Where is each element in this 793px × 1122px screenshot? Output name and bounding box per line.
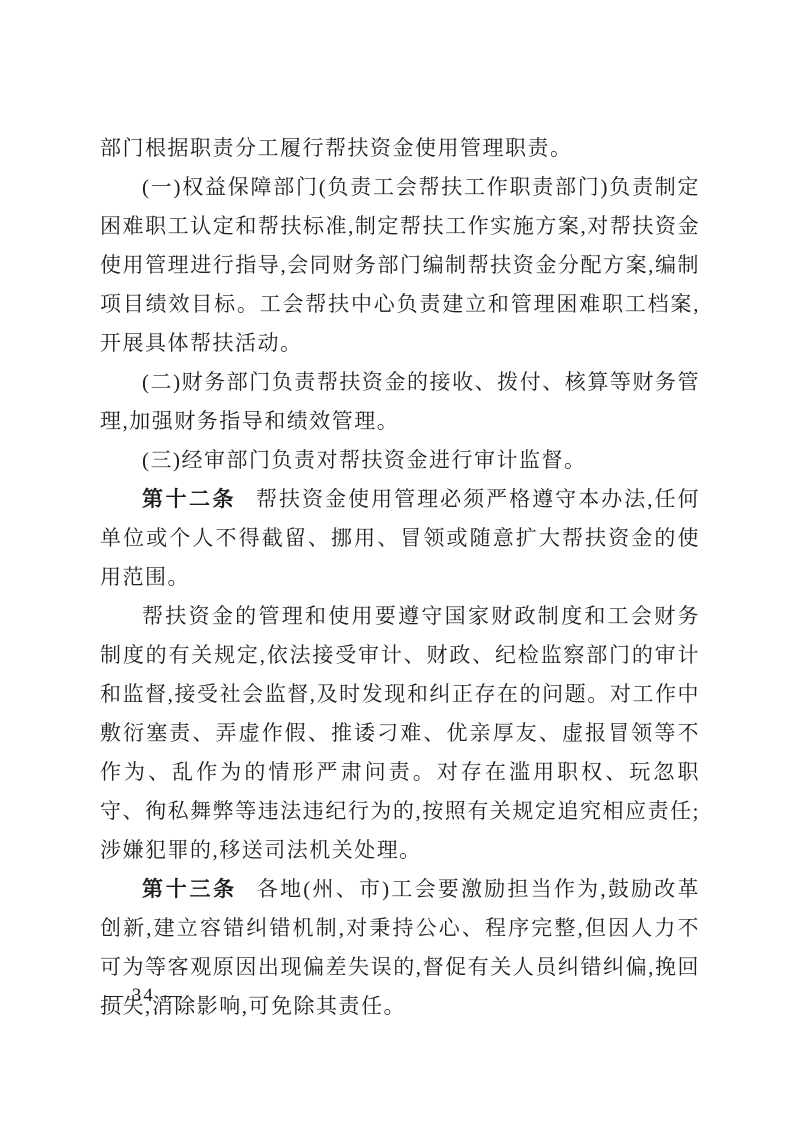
article-12-heading: 第十二条	[142, 488, 236, 511]
document-page: 部门根据职责分工履行帮扶资金使用管理职责。 (一)权益保障部门(负责工会帮扶工作…	[0, 0, 793, 1122]
paragraph-article-12-cont: 帮扶资金的管理和使用要遵守国家财政制度和工会财务制度的有关规定,依法接受审计、财…	[100, 597, 700, 870]
paragraph-continuation: 部门根据职责分工履行帮扶资金使用管理职责。	[100, 129, 700, 168]
paragraph-item-2: (二)财务部门负责帮扶资金的接收、拨付、核算等财务管理,加强财务指导和绩效管理。	[100, 363, 700, 441]
article-13-heading: 第十三条	[142, 878, 237, 901]
paragraph-text: (二)财务部门负责帮扶资金的接收、拨付、核算等财务管理,加强财务指导和绩效管理。	[100, 370, 700, 433]
paragraph-item-1: (一)权益保障部门(负责工会帮扶工作职责部门)负责制定困难职工认定和帮扶标准,制…	[100, 168, 700, 363]
paragraph-article-13: 第十三条各地(州、市)工会要激励担当作为,鼓励改革创新,建立容错纠错机制,对秉持…	[100, 870, 700, 1026]
paragraph-text: (三)经审部门负责对帮扶资金进行审计监督。	[142, 448, 587, 472]
page-number: — 34 —	[104, 985, 183, 1007]
paragraph-article-12: 第十二条帮扶资金使用管理必须严格遵守本办法,任何单位或个人不得截留、挪用、冒领或…	[100, 480, 700, 597]
paragraph-text: 部门根据职责分工履行帮扶资金使用管理职责。	[100, 136, 573, 160]
paragraph-text: 帮扶资金的管理和使用要遵守国家财政制度和工会财务制度的有关规定,依法接受审计、财…	[100, 604, 700, 862]
paragraph-text: (一)权益保障部门(负责工会帮扶工作职责部门)负责制定困难职工认定和帮扶标准,制…	[100, 175, 700, 355]
paragraph-item-3: (三)经审部门负责对帮扶资金进行审计监督。	[100, 441, 700, 480]
document-body: 部门根据职责分工履行帮扶资金使用管理职责。 (一)权益保障部门(负责工会帮扶工作…	[100, 129, 700, 1026]
